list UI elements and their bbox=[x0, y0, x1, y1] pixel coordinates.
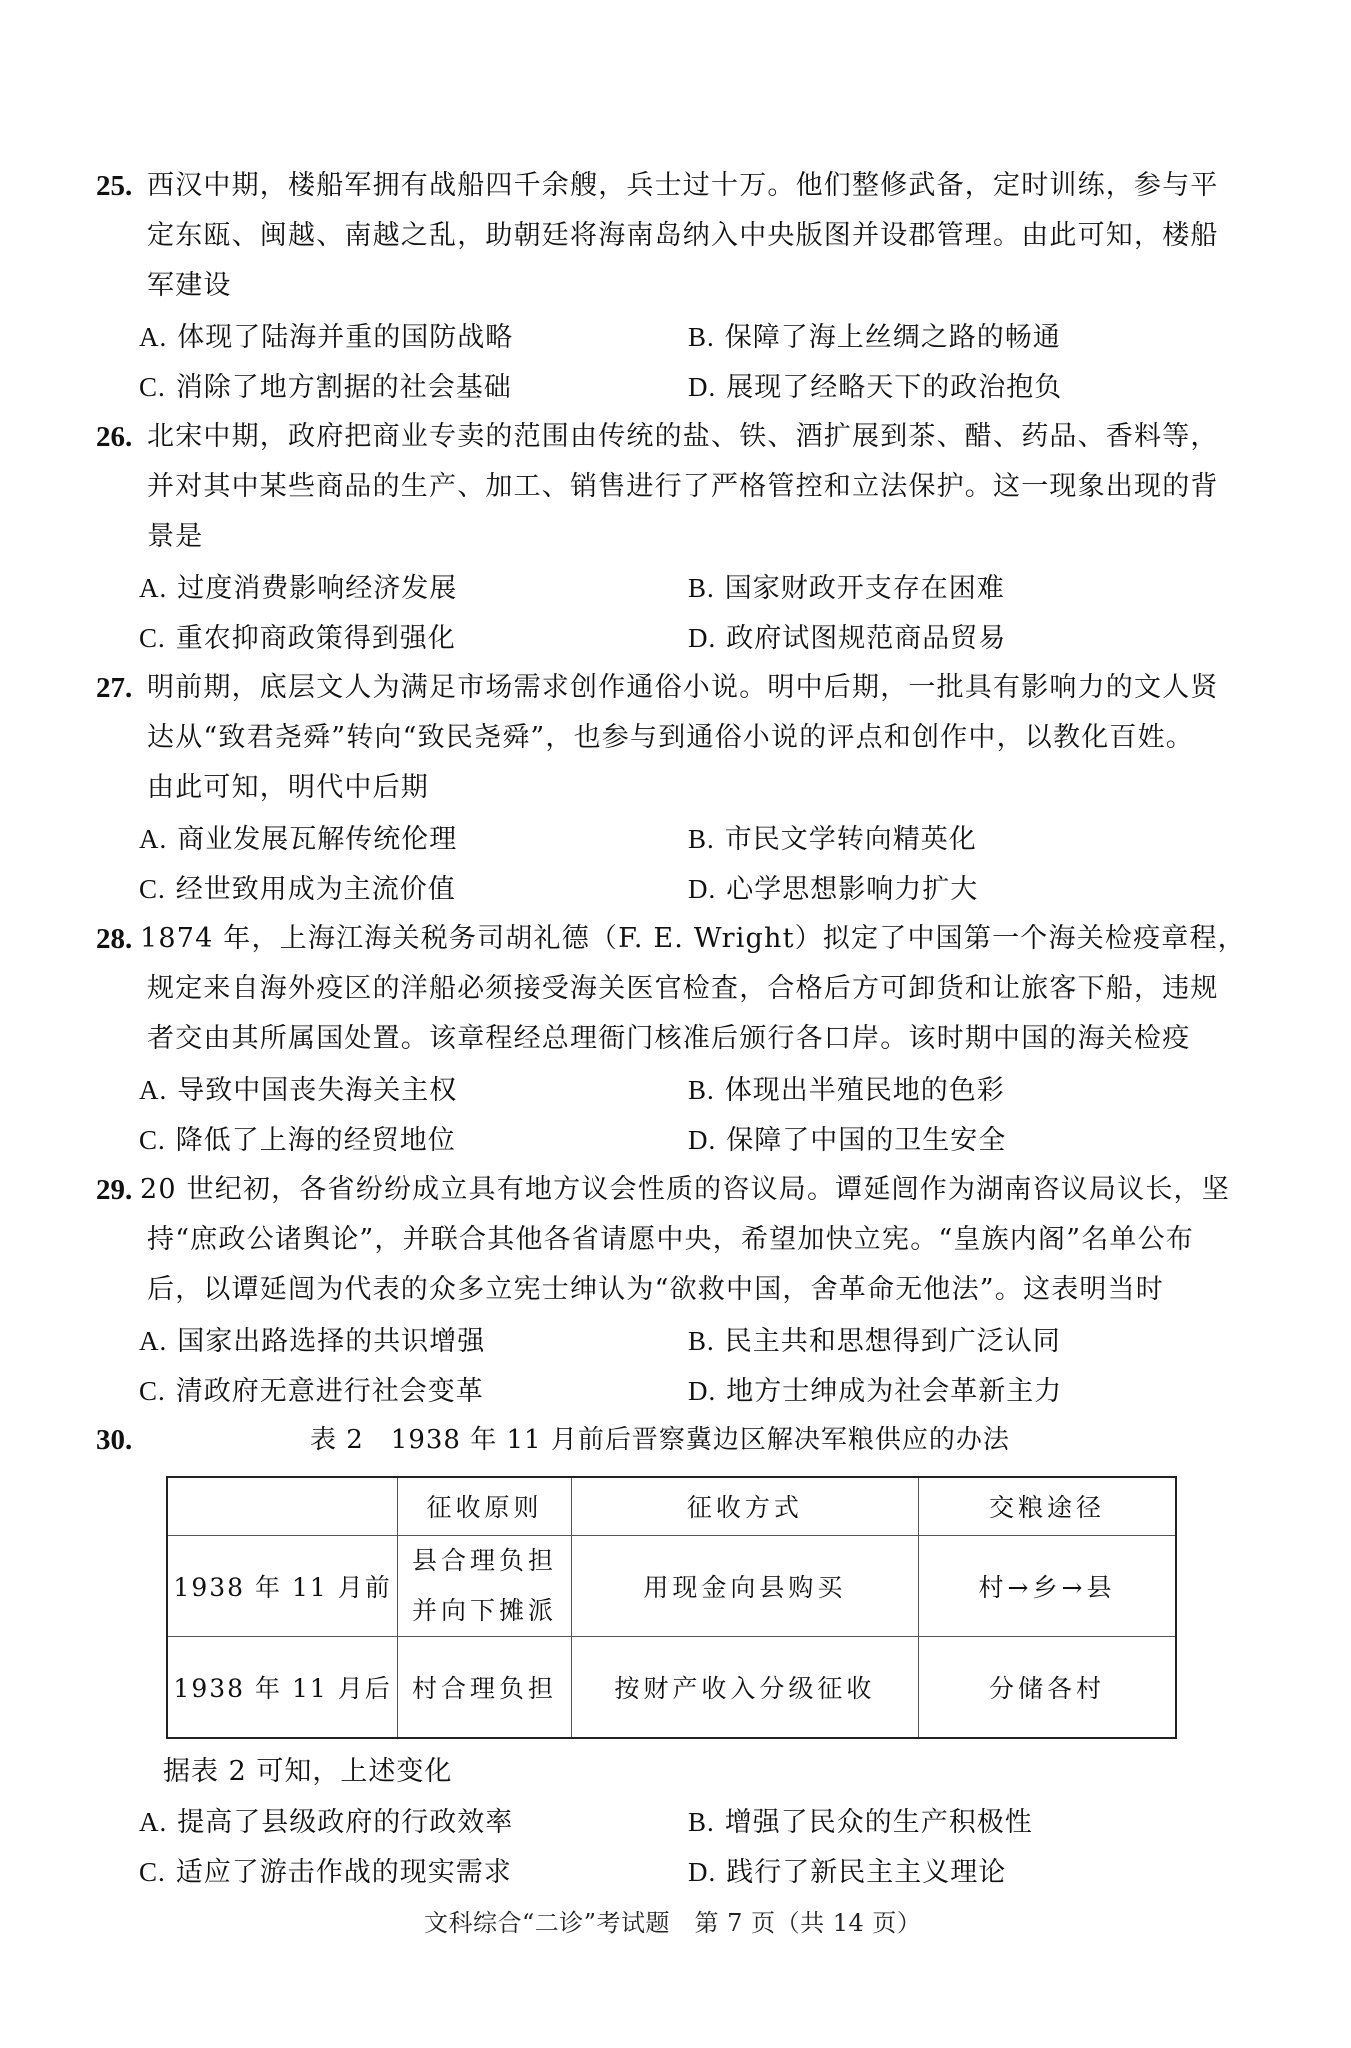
option-b[interactable]: B.保障了海上丝绸之路的畅通 bbox=[688, 312, 1061, 363]
option-label: D. bbox=[688, 1376, 716, 1406]
table-header-cell bbox=[167, 1477, 398, 1535]
table-header-cell: 征收原则 bbox=[398, 1477, 572, 1535]
option-label: A. bbox=[139, 1807, 167, 1837]
option-text: 经世致用成为主流价值 bbox=[176, 874, 456, 905]
option-text: 过度消费影响经济发展 bbox=[177, 573, 457, 604]
option-text: 体现出半殖民地的色彩 bbox=[725, 1075, 1005, 1106]
question-text-line: 规定来自海外疫区的洋船必须接受海关医官检査，合格后方可卸货和让旅客下船，违规 bbox=[147, 964, 1252, 1014]
question-text-line: 军建设 bbox=[147, 261, 1252, 311]
question-number: 25. bbox=[96, 161, 132, 211]
question-text-line: 持“庶政公诸舆论”，并联合其他各省请愿中央，希望加快立宪。“皇族内阁”名单公布 bbox=[147, 1215, 1252, 1265]
question-text-line: 北宋中期，政府把商业专卖的范围由传统的盐、铁、酒扩展到茶、醋、药品、香料等， bbox=[147, 412, 1252, 462]
option-a[interactable]: A.商业发展瓦解传统伦理 bbox=[139, 814, 457, 865]
option-text: 市民文学转向精英化 bbox=[725, 824, 977, 855]
option-b[interactable]: B.增强了民众的生产积极性 bbox=[688, 1797, 1033, 1848]
option-text: 提高了县级政府的行政效率 bbox=[177, 1807, 513, 1838]
option-text: 践行了新民主主义理论 bbox=[726, 1857, 1006, 1888]
option-text: 国家财政开支存在困难 bbox=[725, 573, 1005, 604]
option-c[interactable]: C.清政府无意进行社会变革 bbox=[139, 1366, 484, 1417]
option-c[interactable]: C.降低了上海的经贸地位 bbox=[139, 1115, 456, 1166]
question-number: 29. bbox=[96, 1165, 132, 1215]
option-a[interactable]: A.导致中国丧失海关主权 bbox=[139, 1065, 457, 1116]
table-cell-method: 按财产收入分级征收 bbox=[571, 1636, 918, 1738]
question-text-line: 西汉中期，楼船军拥有战船四千余艘，兵士过十万。他们整修武备，定时训练，参与平 bbox=[147, 161, 1252, 211]
option-label: C. bbox=[139, 1125, 166, 1155]
question-text-line: 者交由其所属国处置。该章程经总理衙门核准后颁行各口岸。该时期中国的海关检疫 bbox=[147, 1014, 1252, 1064]
option-label: A. bbox=[139, 573, 167, 603]
option-text: 增强了民众的生产积极性 bbox=[725, 1807, 1033, 1838]
option-b[interactable]: B.国家财政开支存在困难 bbox=[688, 563, 1005, 614]
option-label: D. bbox=[688, 1857, 716, 1887]
option-label: A. bbox=[139, 1075, 167, 1105]
question-text-line: 并对其中某些商品的生产、加工、销售进行了严格管控和立法保护。这一现象出现的背 bbox=[147, 462, 1252, 512]
page-footer: 文科综合“二诊”考试题 第 7 页（共 14 页） bbox=[424, 1898, 921, 1948]
principle-line: 并向下摊派 bbox=[398, 1586, 571, 1636]
option-label: B. bbox=[688, 1807, 715, 1837]
question-text-line: 由此可知，明代中后期 bbox=[147, 763, 1252, 813]
question-number: 26. bbox=[96, 412, 132, 462]
option-label: B. bbox=[688, 573, 715, 603]
option-d[interactable]: D.地方士绅成为社会革新主力 bbox=[688, 1366, 1062, 1417]
option-c[interactable]: C.经世致用成为主流价值 bbox=[139, 864, 456, 915]
option-text: 清政府无意进行社会变革 bbox=[176, 1376, 484, 1407]
option-text: 重农抑商政策得到强化 bbox=[176, 623, 456, 654]
question-text-line: 后，以谭延闿为代表的众多立宪士绅认为“欲救中国，舍革命无他法”。这表明当时 bbox=[147, 1265, 1252, 1315]
table-cell-period: 1938 年 11 月后 bbox=[167, 1636, 398, 1738]
option-label: A. bbox=[139, 1326, 167, 1356]
table-row: 1938 年 11 月后 村合理负担 按财产收入分级征收 分储各村 bbox=[167, 1636, 1176, 1738]
table-cell-principle: 村合理负担 bbox=[398, 1636, 572, 1738]
question-text-line: 达从“致君尧舜”转向“致民尧舜”，也参与到通俗小说的评点和创作中，以教化百姓。 bbox=[147, 713, 1252, 763]
option-text: 消除了地方割据的社会基础 bbox=[176, 372, 512, 403]
table-header-cell: 交粮途径 bbox=[919, 1477, 1176, 1535]
option-label: D. bbox=[688, 1125, 716, 1155]
option-text: 体现了陆海并重的国防战略 bbox=[177, 322, 513, 353]
table-cell-period: 1938 年 11 月前 bbox=[167, 1535, 398, 1636]
option-a[interactable]: A.体现了陆海并重的国防战略 bbox=[139, 312, 513, 363]
option-d[interactable]: D.践行了新民主主义理论 bbox=[688, 1847, 1006, 1898]
option-label: C. bbox=[139, 372, 166, 402]
option-text: 保障了中国的卫生安全 bbox=[726, 1125, 1006, 1156]
question-text-line: 景是 bbox=[147, 512, 1252, 562]
data-table: 征收原则 征收方式 交粮途径 1938 年 11 月前 县合理负担 并向下摊派 … bbox=[166, 1476, 1177, 1739]
option-text: 国家出路选择的共识增强 bbox=[177, 1326, 485, 1357]
question-text-line: 1874 年，上海江海关税务司胡礼德（F. E. Wright）拟定了中国第一个… bbox=[140, 914, 1245, 964]
option-d[interactable]: D.展现了经略天下的政治抱负 bbox=[688, 362, 1062, 413]
option-a[interactable]: A.提高了县级政府的行政效率 bbox=[139, 1797, 513, 1848]
option-b[interactable]: B.民主共和思想得到广泛认同 bbox=[688, 1316, 1061, 1367]
option-label: D. bbox=[688, 874, 716, 904]
option-label: B. bbox=[688, 824, 715, 854]
option-d[interactable]: D.心学思想影响力扩大 bbox=[688, 864, 978, 915]
table-cell-method: 用现金向县购买 bbox=[571, 1535, 918, 1636]
option-text: 保障了海上丝绸之路的畅通 bbox=[725, 322, 1061, 353]
option-b[interactable]: B.体现出半殖民地的色彩 bbox=[688, 1065, 1005, 1116]
table-cell-principle: 县合理负担 并向下摊派 bbox=[398, 1535, 572, 1636]
option-d[interactable]: D.政府试图规范商品贸易 bbox=[688, 613, 1006, 664]
option-a[interactable]: A.国家出路选择的共识增强 bbox=[139, 1316, 485, 1367]
option-a[interactable]: A.过度消费影响经济发展 bbox=[139, 563, 457, 614]
question-number: 30. bbox=[96, 1415, 132, 1465]
option-text: 适应了游击作战的现实需求 bbox=[176, 1857, 512, 1888]
option-text: 地方士绅成为社会革新主力 bbox=[726, 1376, 1062, 1407]
question-number: 28. bbox=[96, 914, 132, 964]
principle-line: 县合理负担 bbox=[398, 1536, 571, 1586]
option-text: 民主共和思想得到广泛认同 bbox=[725, 1326, 1061, 1357]
option-label: B. bbox=[688, 1075, 715, 1105]
question-text-line: 20 世纪初，各省纷纷成立具有地方议会性质的咨议局。谭延闿作为湖南咨议局议长，坚 bbox=[140, 1165, 1245, 1215]
table-header-row: 征收原则 征收方式 交粮途径 bbox=[167, 1477, 1176, 1535]
option-label: C. bbox=[139, 1376, 166, 1406]
option-label: A. bbox=[139, 322, 167, 352]
table-cell-route: 分储各村 bbox=[919, 1636, 1176, 1738]
option-text: 导致中国丧失海关主权 bbox=[177, 1075, 457, 1106]
option-label: D. bbox=[688, 623, 716, 653]
option-label: A. bbox=[139, 824, 167, 854]
option-label: B. bbox=[688, 1326, 715, 1356]
option-text: 展现了经略天下的政治抱负 bbox=[726, 372, 1062, 403]
option-text: 政府试图规范商品贸易 bbox=[726, 623, 1006, 654]
option-text: 心学思想影响力扩大 bbox=[726, 874, 978, 905]
option-text: 降低了上海的经贸地位 bbox=[176, 1125, 456, 1156]
table-header-cell: 征收方式 bbox=[571, 1477, 918, 1535]
question-text-line: 明前期，底层文人为满足市场需求创作通俗小说。明中后期，一批具有影响力的文人贤 bbox=[147, 663, 1252, 713]
option-label: C. bbox=[139, 623, 166, 653]
option-text: 商业发展瓦解传统伦理 bbox=[177, 824, 457, 855]
table-caption: 表 2 1938 年 11 月前后晋察冀边区解决军粮供应的办法 bbox=[310, 1415, 1010, 1465]
option-label: C. bbox=[139, 874, 166, 904]
option-c[interactable]: C.消除了地方割据的社会基础 bbox=[139, 362, 512, 413]
option-label: D. bbox=[688, 372, 716, 402]
question-number: 27. bbox=[96, 663, 132, 713]
question-text-line: 定东瓯、闽越、南越之乱，助朝廷将海南岛纳入中央版图并设郡管理。由此可知，楼船 bbox=[147, 211, 1252, 261]
option-b[interactable]: B.市民文学转向精英化 bbox=[688, 814, 977, 865]
option-c[interactable]: C.重农抑商政策得到强化 bbox=[139, 613, 456, 664]
option-label: B. bbox=[688, 322, 715, 352]
option-c[interactable]: C.适应了游击作战的现实需求 bbox=[139, 1847, 512, 1898]
option-d[interactable]: D.保障了中国的卫生安全 bbox=[688, 1115, 1006, 1166]
option-label: C. bbox=[139, 1857, 166, 1887]
table-cell-route: 村→乡→县 bbox=[919, 1535, 1176, 1636]
table-row: 1938 年 11 月前 县合理负担 并向下摊派 用现金向县购买 村→乡→县 bbox=[167, 1535, 1176, 1636]
question-stem: 据表 2 可知，上述变化 bbox=[163, 1747, 452, 1797]
